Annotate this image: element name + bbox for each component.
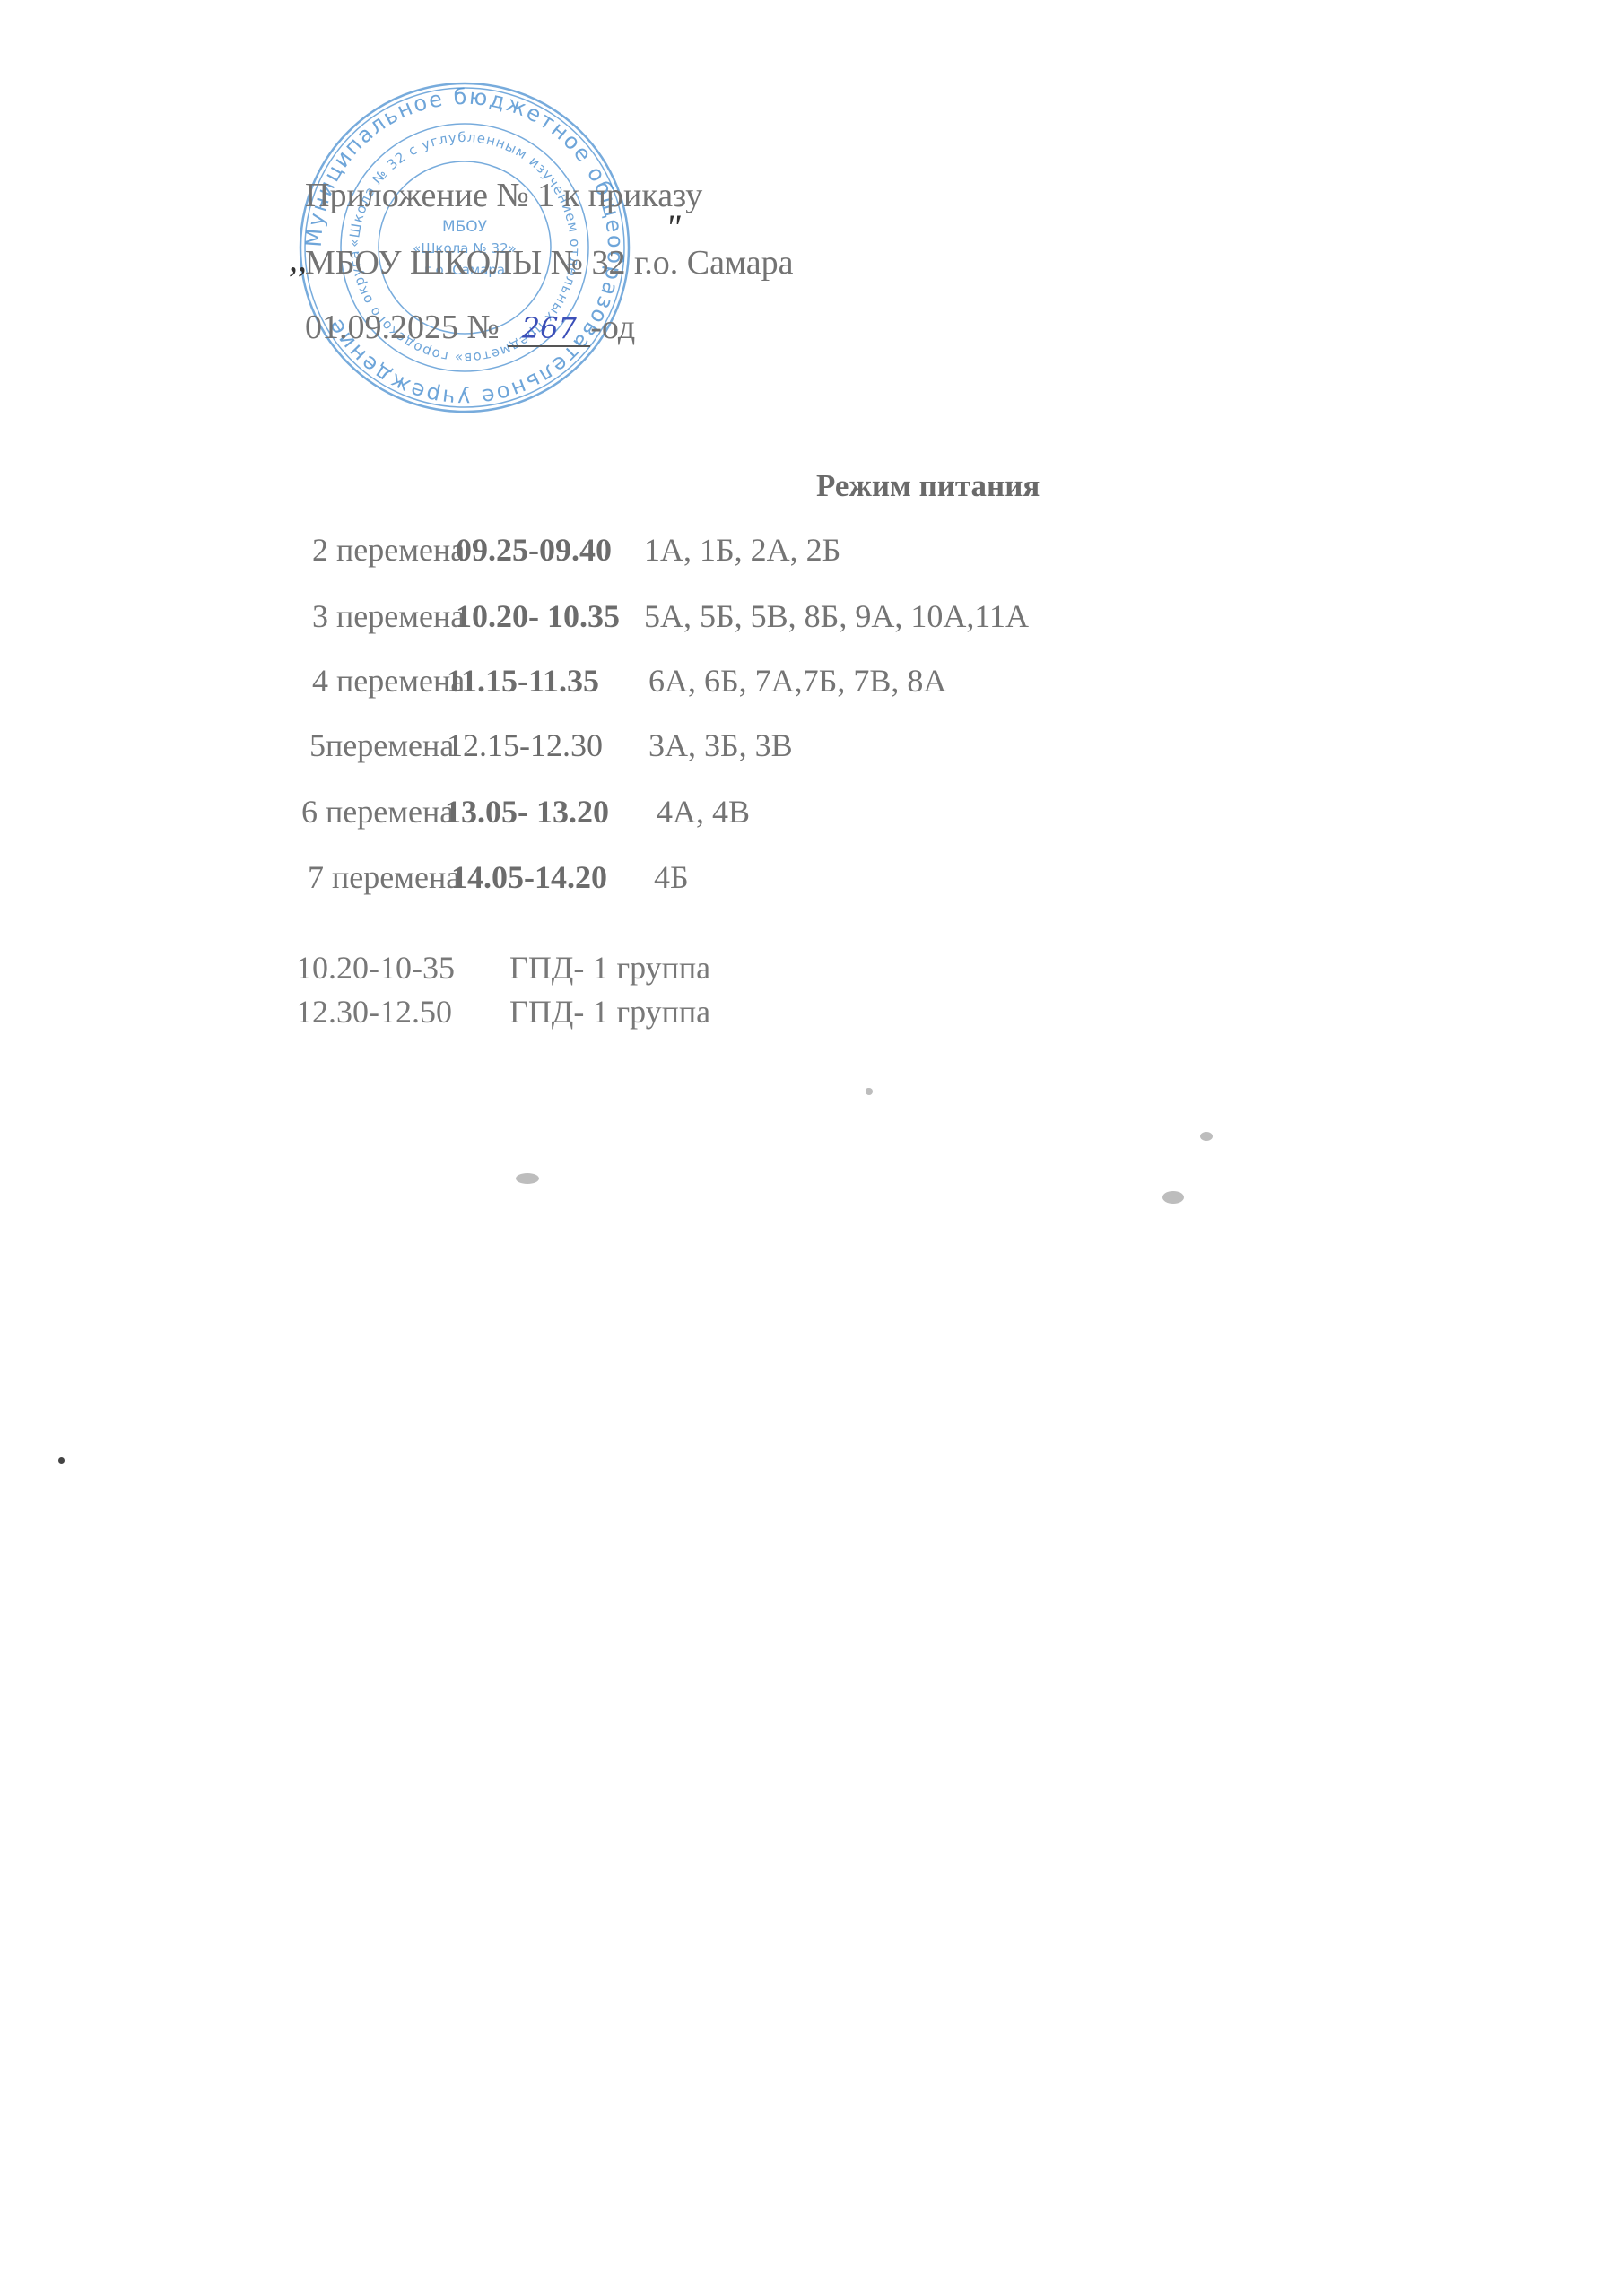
- break-name: 2 перемена: [312, 531, 465, 569]
- scanned-document-page: Муниципальное бюджетное общеобразователь…: [0, 0, 1610, 2296]
- gpd-row: 10.20-10-35ГПД- 1 группа: [296, 949, 710, 987]
- break-name: 3 перемена: [312, 597, 465, 635]
- order-suffix: -од: [590, 309, 635, 346]
- handwritten-quote-mark: ": [666, 206, 681, 248]
- appendix-label: Приложение № 1 к приказу: [305, 176, 702, 215]
- break-name: 4 перемена: [312, 662, 465, 700]
- break-time: 09.25-09.40: [456, 531, 612, 569]
- svg-text:МБОУ: МБОУ: [442, 218, 488, 236]
- school-name: МБОУ ШКОЛЫ № 32 г.о. Самара: [305, 243, 794, 283]
- break-classes: 6А, 6Б, 7А,7Б, 7В, 8А: [648, 662, 946, 700]
- scan-speck: [516, 1173, 539, 1184]
- order-date-number: 01.09.2025 № 267-од: [305, 308, 635, 347]
- gpd-label: ГПД- 1 группа: [509, 994, 710, 1030]
- break-time: 11.15-11.35: [447, 662, 599, 700]
- break-classes: 4А, 4В: [657, 793, 750, 831]
- scan-speck: [1162, 1191, 1184, 1204]
- gpd-time: 10.20-10-35: [296, 949, 509, 987]
- break-classes: 3А, 3Б, 3В: [648, 726, 793, 764]
- scan-speck: [1200, 1132, 1213, 1141]
- scan-speck: [58, 1457, 65, 1464]
- document-title: Режим питания: [816, 468, 1040, 504]
- break-classes: 5А, 5Б, 5В, 8Б, 9А, 10А,11А: [644, 597, 1029, 635]
- scan-speck: [866, 1088, 871, 1093]
- gpd-time: 12.30-12.50: [296, 993, 509, 1031]
- break-time: 14.05-14.20: [451, 858, 607, 896]
- gpd-row: 12.30-12.50ГПД- 1 группа: [296, 993, 710, 1031]
- break-classes: 1А, 1Б, 2А, 2Б: [644, 531, 840, 569]
- gpd-label: ГПД- 1 группа: [509, 950, 710, 986]
- break-time: 12.15-12.30: [447, 726, 603, 764]
- handwritten-quote-mark: ,,: [289, 238, 307, 280]
- break-classes: 4Б: [654, 858, 689, 896]
- break-name: 7 перемена: [308, 858, 460, 896]
- break-time: 13.05- 13.20: [445, 793, 609, 831]
- break-time: 10.20- 10.35: [456, 597, 620, 635]
- order-date: 01.09.2025 №: [305, 309, 500, 346]
- handwritten-order-number: 267: [508, 311, 590, 347]
- break-name: 5перемена: [309, 726, 454, 764]
- break-name: 6 перемена: [301, 793, 454, 831]
